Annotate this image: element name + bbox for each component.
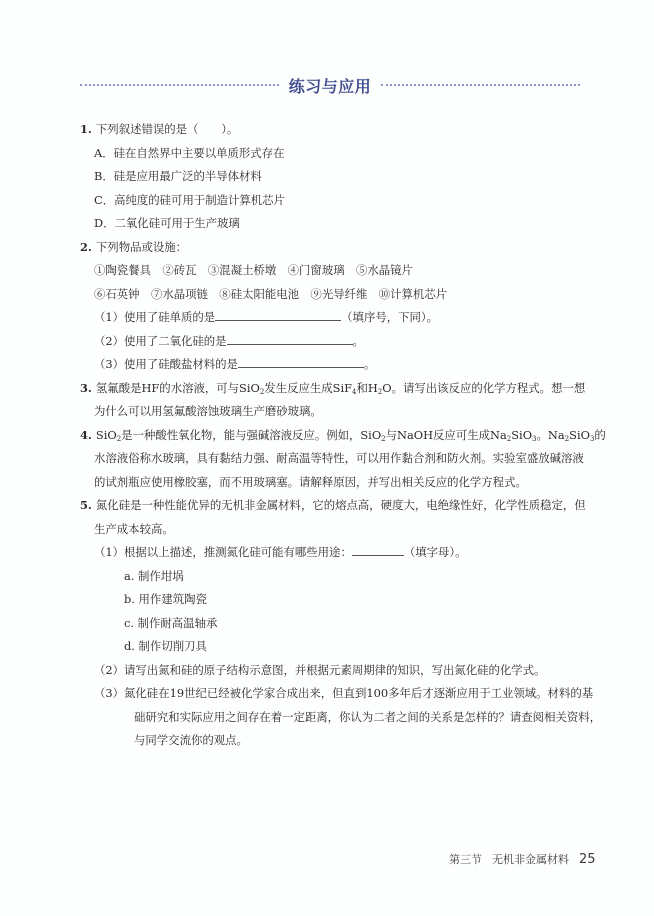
text: 。Na	[537, 428, 565, 442]
answer-blank[interactable]	[238, 355, 364, 368]
question-number: 3.	[80, 381, 92, 395]
question-number: 1.	[80, 122, 92, 136]
text: 的	[594, 428, 605, 442]
text: SiO	[511, 428, 532, 442]
question-4-line-2: 水溶液俗称水玻璃，具有黏结力强、耐高温等特性，可以用作黏合剂和防火剂。实验室盛放…	[80, 447, 620, 471]
question-number: 4.	[80, 428, 92, 442]
text: SiO	[96, 428, 117, 442]
text: 氮化硅是一种性能优异的无机非金属材料，它的熔点高，硬度大，电绝缘性好，化学性质稳…	[96, 498, 586, 512]
sub-question-5-1: （1）根据以上描述，推测氮化硅可能有哪些用途：（填字母）。	[80, 541, 620, 565]
question-text: 下列叙述错误的是（ ）。	[96, 122, 238, 136]
text: SiO	[569, 428, 590, 442]
dotted-rule-right	[381, 84, 580, 86]
dotted-rule-left	[80, 84, 279, 86]
question-5-line-2: 生产成本较高。	[80, 518, 620, 542]
sub-question-suffix: （填序号，下同）。	[341, 310, 438, 324]
footer-chapter: 无机非金属材料	[492, 853, 569, 866]
sub-question-text: （1）根据以上描述，推测氮化硅可能有哪些用途：	[94, 545, 352, 559]
question-4-line-1: 4.SiO2是一种酸性氧化物，能与强碱溶液反应。例如，SiO2与NaOH反应可生…	[80, 424, 620, 448]
question-3-line-2: 为什么可以用氢氟酸溶蚀玻璃生产磨砂玻璃。	[80, 400, 620, 424]
choice-a: a. 制作坩埚	[80, 565, 620, 589]
sub-question-suffix: 。	[353, 334, 364, 348]
question-number: 2.	[80, 240, 92, 254]
option-a: A．硅在自然界中主要以单质形式存在	[80, 142, 620, 166]
question-1-stem: 1.下列叙述错误的是（ ）。	[80, 118, 620, 142]
answer-blank[interactable]	[352, 543, 404, 556]
sub-question-5-3-line-3: 与同学交流你的观点。	[80, 729, 620, 753]
text: 是一种酸性氧化物，能与强碱溶液反应。例如，SiO	[121, 428, 381, 442]
page-number: 25	[579, 852, 596, 867]
sub-question-2-1: （1）使用了硅单质的是（填序号，下同）。	[80, 306, 620, 330]
sub-question-5-3-line-1: （3）氮化硅在19世纪已经被化学家合成出来，但直到100多年后才逐渐应用于工业领…	[80, 682, 620, 706]
text: 和H	[356, 381, 377, 395]
sub-question-suffix: （填字母）。	[404, 545, 467, 559]
question-2-stem: 2.下列物品或设施：	[80, 236, 620, 260]
sub-question-text: （2）使用了二氧化硅的是	[94, 334, 227, 348]
section-title: 练习与应用	[279, 74, 382, 97]
sub-question-suffix: 。	[364, 357, 375, 371]
sub-question-5-3-line-2: 础研究和实际应用之间存在着一定距离，你认为二者之间的关系是怎样的？请查阅相关资料…	[80, 706, 620, 730]
section-header: 练习与应用	[80, 74, 580, 96]
text: 发生反应生成SiF	[264, 381, 352, 395]
text: 与NaOH反应可生成Na	[386, 428, 507, 442]
items-row-2: ⑥石英钟 ⑦水晶项链 ⑧硅太阳能电池 ⑨光导纤维 ⑩计算机芯片	[80, 283, 620, 307]
choice-b: b. 用作建筑陶瓷	[80, 588, 620, 612]
question-text: 下列物品或设施：	[96, 240, 187, 254]
answer-blank[interactable]	[215, 308, 341, 321]
sub-question-2-3: （3）使用了硅酸盐材料的是。	[80, 353, 620, 377]
choice-c: c. 制作耐高温轴承	[80, 612, 620, 636]
answer-blank[interactable]	[227, 332, 353, 345]
question-5-line-1: 5.氮化硅是一种性能优异的无机非金属材料，它的熔点高，硬度大，电绝缘性好，化学性…	[80, 494, 620, 518]
option-c: C．高纯度的硅可用于制造计算机芯片	[80, 189, 620, 213]
option-b: B．硅是应用最广泛的半导体材料	[80, 165, 620, 189]
option-d: D．二氧化硅可用于生产玻璃	[80, 212, 620, 236]
choice-d: d. 制作切削刀具	[80, 635, 620, 659]
question-4-line-3: 的试剂瓶应使用橡胶塞，而不用玻璃塞。请解释原因，并写出相关反应的化学方程式。	[80, 471, 620, 495]
sub-question-text: （3）使用了硅酸盐材料的是	[94, 357, 238, 371]
text: O。请写出该反应的化学方程式。想一想	[382, 381, 585, 395]
footer-section: 第三节	[449, 853, 482, 866]
sub-question-text: （1）使用了硅单质的是	[94, 310, 215, 324]
page-footer: 第三节无机非金属材料25	[449, 851, 596, 867]
text: 氢氟酸是HF的水溶液，可与SiO	[96, 381, 260, 395]
question-number: 5.	[80, 498, 92, 512]
items-row-1: ①陶瓷餐具 ②砖瓦 ③混凝土桥墩 ④门窗玻璃 ⑤水晶镜片	[80, 259, 620, 283]
sub-question-5-2: （2）请写出氮和硅的原子结构示意图，并根据元素周期律的知识，写出氮化硅的化学式。	[80, 659, 620, 683]
sub-question-2-2: （2）使用了二氧化硅的是。	[80, 330, 620, 354]
exercise-content: 1.下列叙述错误的是（ ）。 A．硅在自然界中主要以单质形式存在 B．硅是应用最…	[80, 118, 620, 753]
question-3-line-1: 3.氢氟酸是HF的水溶液，可与SiO2发生反应生成SiF4和H2O。请写出该反应…	[80, 377, 620, 401]
